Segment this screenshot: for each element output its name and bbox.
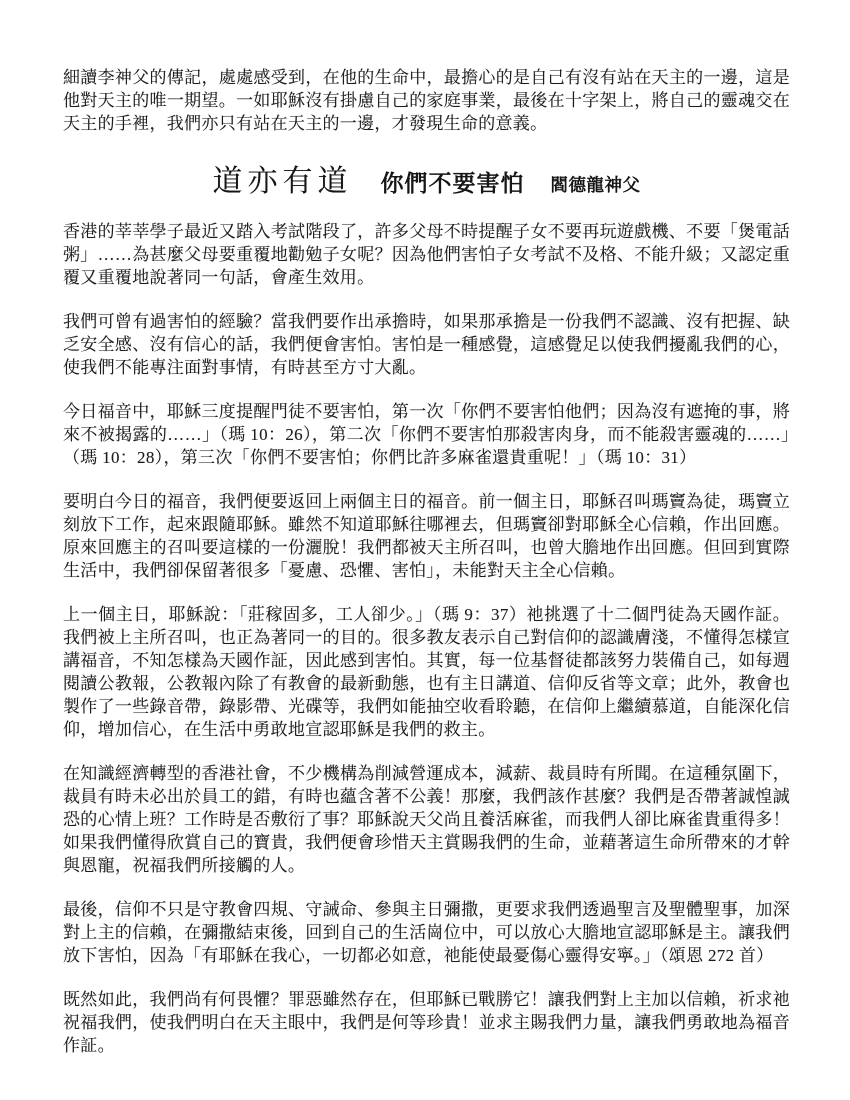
- article-author: 閻德龍神父: [551, 175, 641, 195]
- article-paragraph: 在知識經濟轉型的香港社會，不少機構為削減營運成本，減薪、裁員時有所聞。在這種氛圍…: [63, 762, 790, 877]
- article-paragraph: 我們可曾有過害怕的經驗？當我們要作出承擔時，如果那承擔是一份我們不認識、沒有把握…: [63, 310, 790, 379]
- document-content: 細讀李神父的傳記，處處感受到，在他的生命中，最擔心的是自己有沒有站在天主的一邊，…: [63, 66, 790, 1078]
- article-paragraph: 既然如此，我們尚有何畏懼？罪惡雖然存在，但耶穌已戰勝它！讓我們對上主加以信賴，祈…: [63, 988, 790, 1057]
- document-page: 細讀李神父的傳記，處處感受到，在他的生命中，最擔心的是自己有沒有站在天主的一邊，…: [0, 0, 850, 1100]
- article-paragraph: 上一個主日，耶穌說：「莊稼固多，工人卻少。」（瑪 9：37）祂挑選了十二個門徒為…: [63, 603, 790, 741]
- article-paragraph: 香港的莘莘學子最近又踏入考試階段了，許多父母不時提醒子女不要再玩遊戲機、不要「煲…: [63, 220, 790, 289]
- article-title-line: 道亦有道 你們不要害怕 閻德龍神父: [63, 156, 790, 200]
- article-paragraph: 今日福音中，耶穌三度提醒門徒不要害怕，第一次「你們不要害怕他們；因為沒有遮掩的事…: [63, 400, 790, 469]
- lead-paragraph: 細讀李神父的傳記，處處感受到，在他的生命中，最擔心的是自己有沒有站在天主的一邊，…: [63, 66, 790, 135]
- article-title: 你們不要害怕: [381, 171, 525, 196]
- column-title: 道亦有道: [213, 165, 353, 198]
- article-body: 香港的莘莘學子最近又踏入考試階段了，許多父母不時提醒子女不要再玩遊戲機、不要「煲…: [63, 220, 790, 1057]
- article-paragraph: 最後，信仰不只是守教會四規、守誡命、參與主日彌撒，更要求我們透過聖言及聖體聖事，…: [63, 898, 790, 967]
- article-paragraph: 要明白今日的福音，我們便要返回上兩個主日的福音。前一個主日，耶穌召叫瑪竇為徒，瑪…: [63, 490, 790, 582]
